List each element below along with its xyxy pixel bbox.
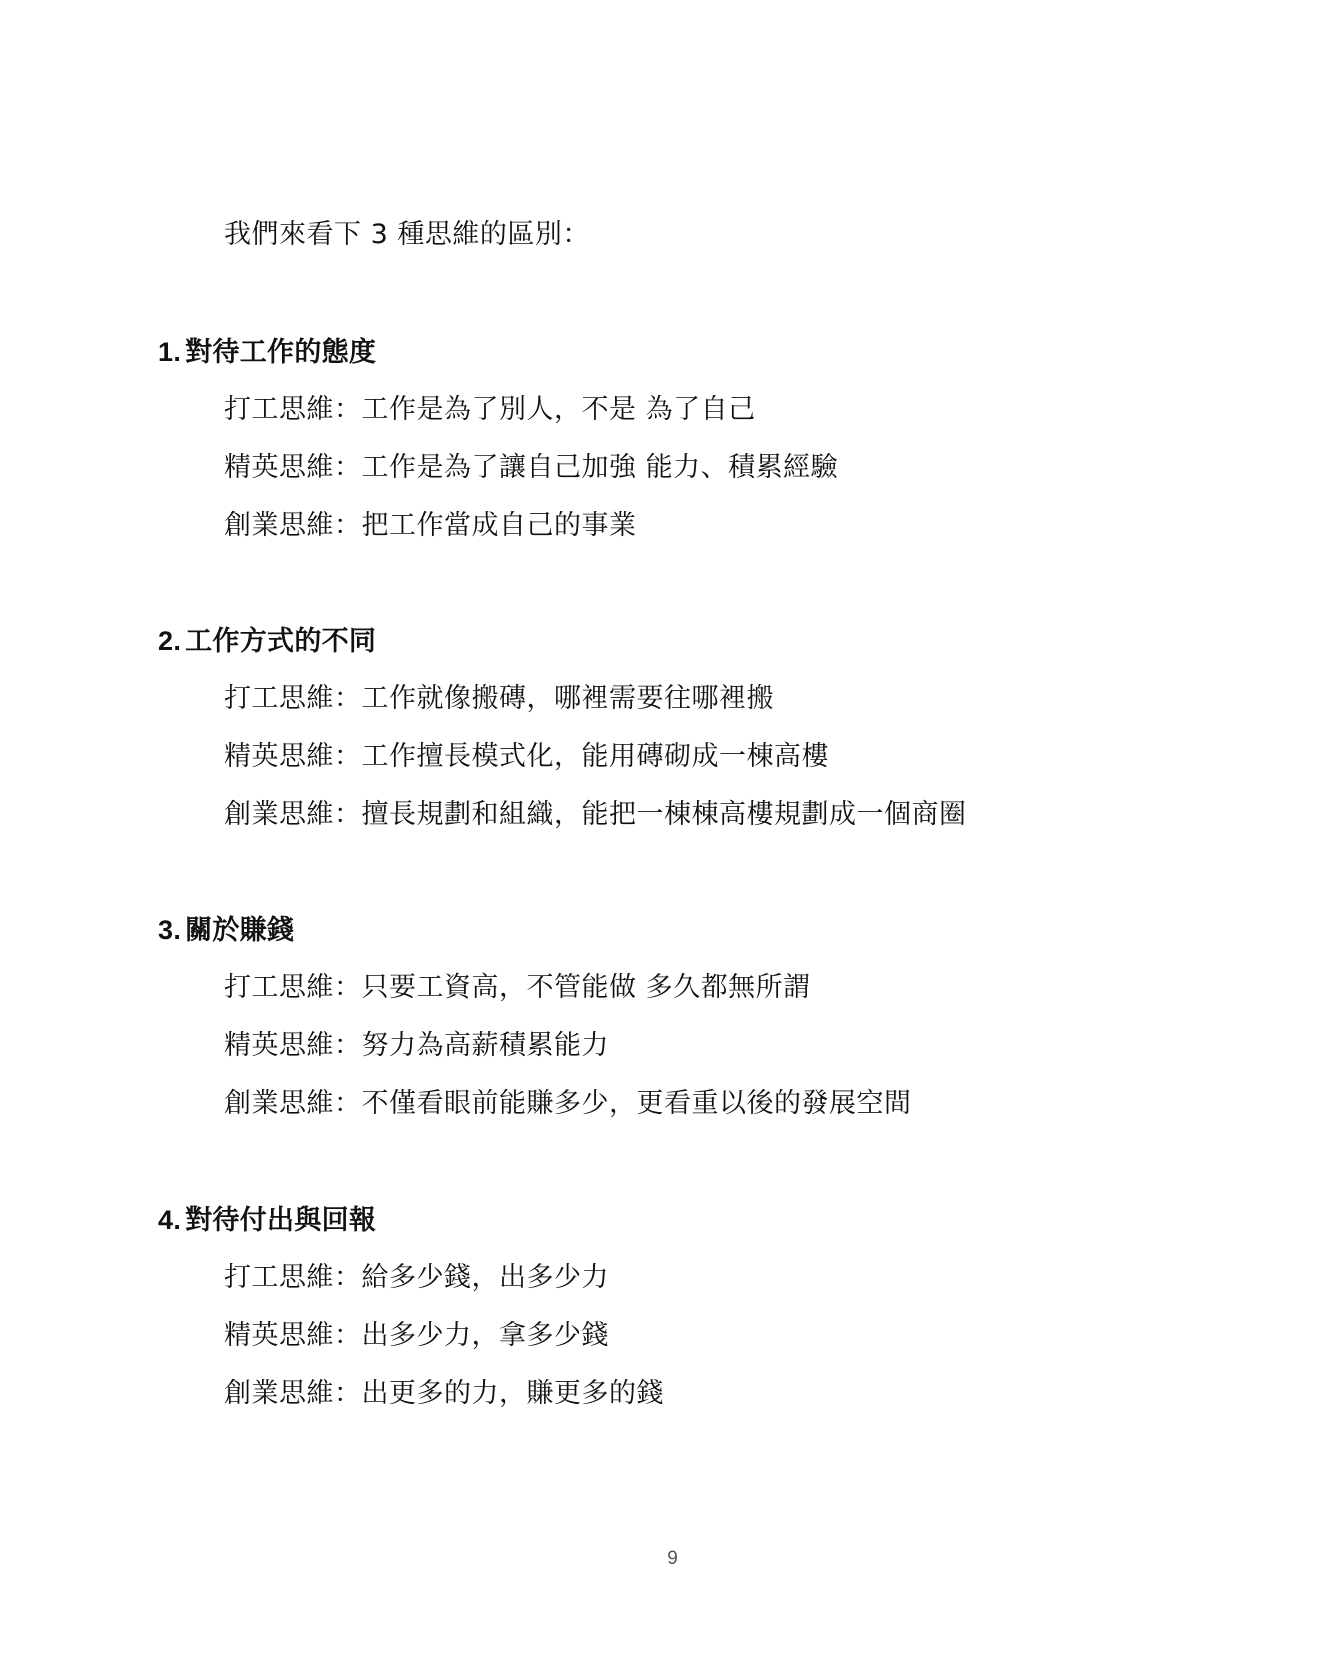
item-label: 創業思維 <box>224 1088 334 1119</box>
list-item: 打工思維：給多少錢，出多少力 <box>224 1258 609 1298</box>
list-item: 創業思維：擅長規劃和組織，能把一棟棟高樓規劃成一個商圈 <box>224 795 967 835</box>
list-item: 精英思維：努力為高薪積累能力 <box>224 1026 609 1066</box>
item-separator: ： <box>334 510 362 541</box>
intro-paragraph: 我們來看下 3 種思維的區別： <box>224 215 590 255</box>
section-title: 對待付出與回報 <box>185 1205 376 1236</box>
section-title: 關於賺錢 <box>185 915 294 946</box>
section-number: 1. <box>158 337 181 367</box>
item-separator: ： <box>334 1320 362 1351</box>
item-label: 精英思維 <box>224 452 334 483</box>
item-separator: ： <box>334 972 362 1003</box>
item-separator: ： <box>334 1378 362 1409</box>
item-text: 工作是為了讓自己加強 能力、積累經驗 <box>362 452 839 483</box>
item-separator: ： <box>334 452 362 483</box>
section-number: 4. <box>158 1205 181 1235</box>
item-text: 工作就像搬磚，哪裡需要往哪裡搬 <box>362 683 775 714</box>
list-item: 精英思維：出多少力，拿多少錢 <box>224 1316 609 1356</box>
list-item: 創業思維：不僅看眼前能賺多少，更看重以後的發展空間 <box>224 1084 912 1124</box>
list-item: 創業思維：出更多的力，賺更多的錢 <box>224 1374 664 1414</box>
item-separator: ： <box>334 1030 362 1061</box>
list-item: 打工思維：工作就像搬磚，哪裡需要往哪裡搬 <box>224 679 774 719</box>
item-separator: ： <box>334 1088 362 1119</box>
item-text: 不僅看眼前能賺多少，更看重以後的發展空間 <box>362 1088 912 1119</box>
section-number: 2. <box>158 626 181 656</box>
item-label: 創業思維 <box>224 510 334 541</box>
list-item: 打工思維：只要工資高，不管能做 多久都無所謂 <box>224 968 811 1008</box>
item-text: 只要工資高，不管能做 多久都無所謂 <box>362 972 811 1003</box>
item-text: 工作是為了別人，不是 為了自己 <box>362 394 756 425</box>
section-heading: 3.關於賺錢 <box>158 910 294 951</box>
item-label: 打工思維 <box>224 972 334 1003</box>
item-label: 打工思維 <box>224 394 334 425</box>
item-label: 創業思維 <box>224 1378 334 1409</box>
item-text: 給多少錢，出多少力 <box>362 1262 610 1293</box>
item-text: 把工作當成自己的事業 <box>362 510 637 541</box>
page-number: 9 <box>0 1548 1339 1570</box>
item-label: 打工思維 <box>224 1262 334 1293</box>
item-separator: ： <box>334 799 362 830</box>
document-page: 我們來看下 3 種思維的區別： 1.對待工作的態度 打工思維：工作是為了別人，不… <box>0 0 1339 1654</box>
section-title: 對待工作的態度 <box>185 337 376 368</box>
item-text: 出更多的力，賺更多的錢 <box>362 1378 665 1409</box>
item-label: 精英思維 <box>224 1320 334 1351</box>
item-separator: ： <box>334 1262 362 1293</box>
item-text: 出多少力，拿多少錢 <box>362 1320 610 1351</box>
item-separator: ： <box>334 683 362 714</box>
list-item: 打工思維：工作是為了別人，不是 為了自己 <box>224 390 756 430</box>
item-separator: ： <box>334 741 362 772</box>
item-label: 創業思維 <box>224 799 334 830</box>
item-text: 工作擅長模式化，能用磚砌成一棟高樓 <box>362 741 830 772</box>
section-heading: 2.工作方式的不同 <box>158 621 376 662</box>
list-item: 精英思維：工作是為了讓自己加強 能力、積累經驗 <box>224 448 838 488</box>
section-number: 3. <box>158 915 181 945</box>
item-label: 打工思維 <box>224 683 334 714</box>
item-label: 精英思維 <box>224 1030 334 1061</box>
item-separator: ： <box>334 394 362 425</box>
item-label: 精英思維 <box>224 741 334 772</box>
item-text: 擅長規劃和組織，能把一棟棟高樓規劃成一個商圈 <box>362 799 967 830</box>
item-text: 努力為高薪積累能力 <box>362 1030 610 1061</box>
section-heading: 4.對待付出與回報 <box>158 1200 376 1241</box>
section-heading: 1.對待工作的態度 <box>158 332 376 373</box>
section-title: 工作方式的不同 <box>185 626 376 657</box>
list-item: 創業思維：把工作當成自己的事業 <box>224 506 637 546</box>
list-item: 精英思維：工作擅長模式化，能用磚砌成一棟高樓 <box>224 737 829 777</box>
